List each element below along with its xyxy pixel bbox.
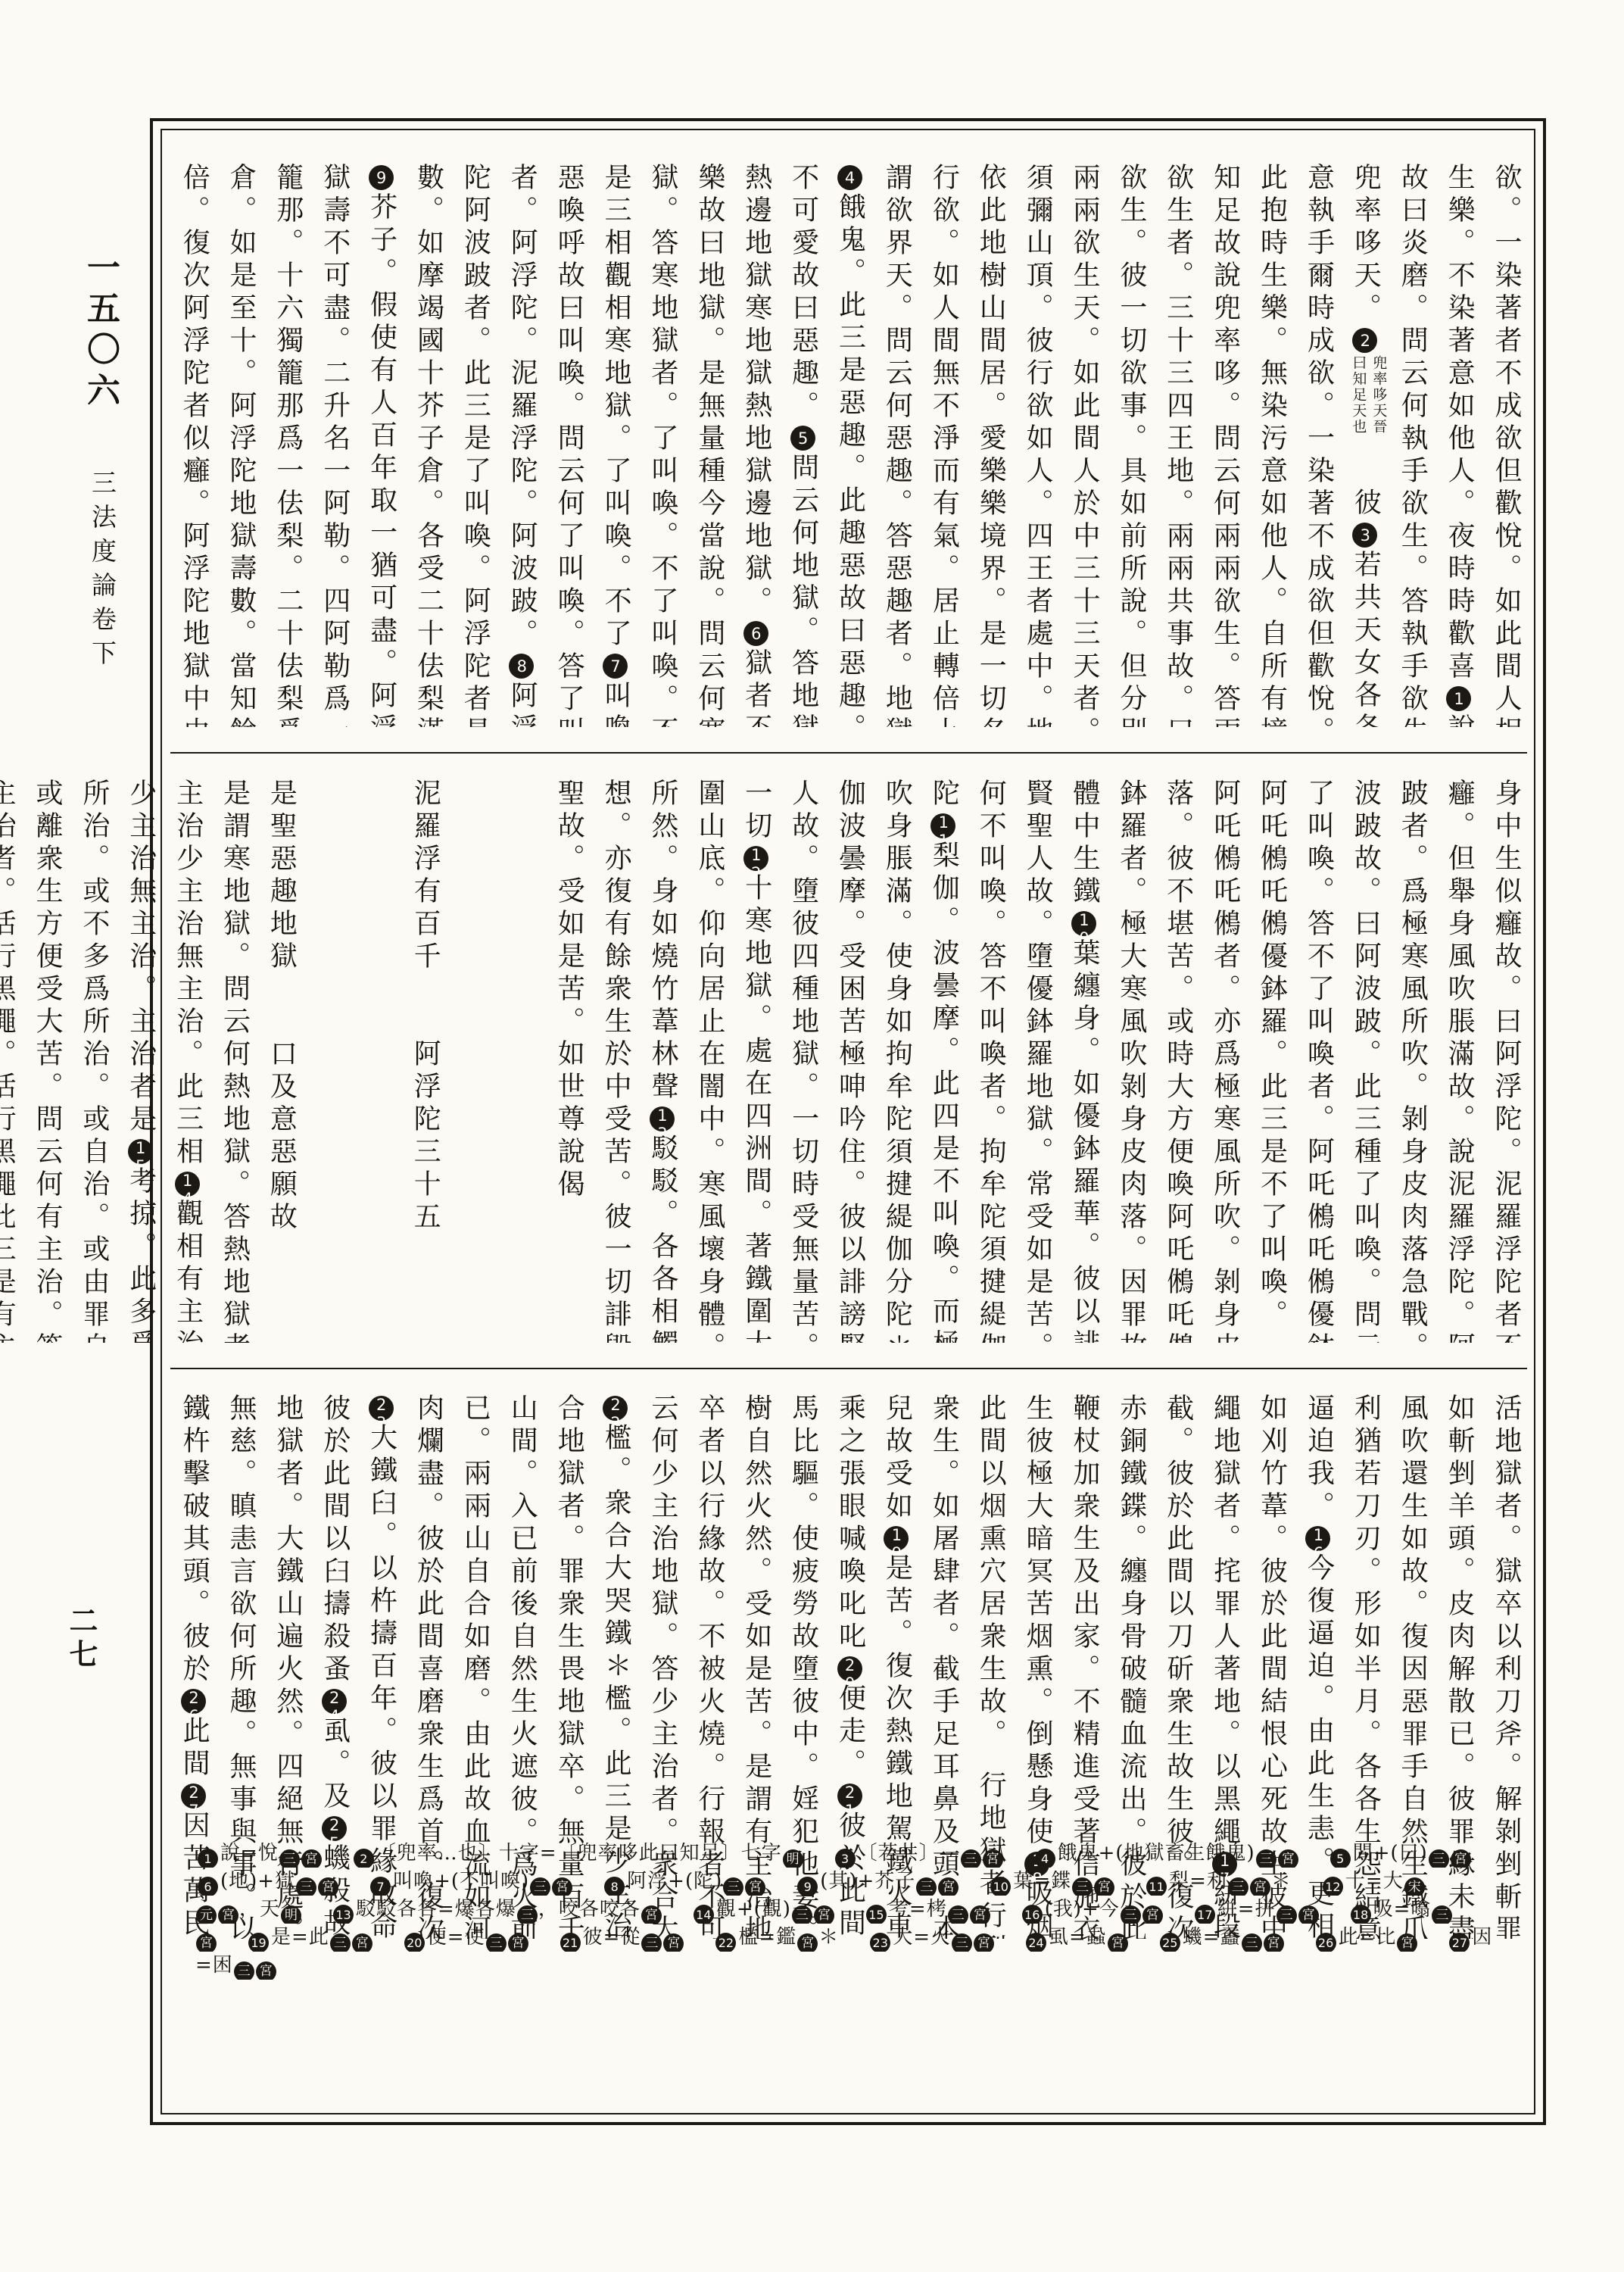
footnote-ref-number: 13	[333, 1905, 354, 1924]
text-column: 倍。復次阿浮陀者似癰。阿浮陀地獄中由寒	[170, 163, 217, 727]
footnote-ref-number: 3	[1352, 523, 1377, 548]
edition-siglum: 三	[916, 1877, 937, 1896]
text-column: 依此地樹山間居。愛樂樂境界。是一切名天	[967, 163, 1014, 727]
text-column: 波跛故。曰阿波跛。此三種了叫喚。問云何不	[1342, 779, 1389, 1343]
footnote-text: 便=使	[427, 1926, 485, 1949]
footnote-ref-number: 16	[1305, 1526, 1330, 1551]
edition-siglum: 三	[1256, 1849, 1276, 1868]
edition-siglum: 宮	[318, 1877, 338, 1896]
text-column: 兜率哆天。2兜率哆天晉曰知足天也彼3若共天女各各染污	[1342, 163, 1389, 727]
edition-siglum: 宮	[552, 1877, 572, 1896]
footnote-ref-number: 5	[790, 426, 815, 451]
text-column: 意執手爾時成欲。一染著不成欲但歡悅。如	[1295, 163, 1342, 727]
edition-siglum: 三	[1072, 1877, 1093, 1896]
footnote-ref-number: 6	[743, 621, 768, 646]
text-column: 主治少主治無主治。此三相14觀相有主治	[164, 779, 211, 1343]
text-column: 了叫喚。答不了叫喚者。阿吒鵂吒鵂優鉢羅	[1295, 779, 1342, 1343]
text-column: 獄壽不可盡。二升名一阿勒。四阿勒爲一獨	[311, 163, 358, 727]
footnote-text: ＊	[1271, 1870, 1292, 1893]
edition-siglum: 三	[234, 1961, 254, 1980]
footnote-text: 虱=蝨	[1049, 1926, 1107, 1949]
footnote-ref-number: 14	[694, 1905, 714, 1924]
edition-siglum: 宮	[218, 1905, 238, 1924]
footnote-text: 考=栲	[889, 1898, 947, 1921]
interlinear-gloss-column: 兜率哆天晉	[1368, 355, 1389, 488]
scanned-sutra-page: 一五〇六 三法度論卷下 二七 欲。一染著者不成欲但歡悅。如此間人相抱生樂。不染著…	[0, 0, 1624, 2272]
footnote-text: 說=悅	[220, 1842, 279, 1865]
footnote-text: ，天	[239, 1898, 280, 1921]
apparatus-footnotes: 1說=悅三宮2〔兜率…也〕十字=〔兜率哆此曰知足〕七字明3〔若共〕—三宮4餓鬼+…	[195, 1840, 1513, 1980]
footnote-ref-number: 13	[650, 1106, 675, 1131]
edition-siglum: 三	[1228, 1877, 1248, 1896]
edition-siglum: 三	[486, 1933, 507, 1952]
text-column: 何不叫喚。答不叫喚者。拘牟陀須揵緹伽分	[967, 779, 1014, 1343]
edition-siglum: 宮	[983, 1849, 1003, 1868]
footnote-ref-number: 25	[322, 1816, 347, 1841]
text-column: 知足故說兜率哆。問云何兩兩欲生。答兩兩	[1202, 163, 1248, 727]
text-column: 生樂。不染著意如他人。夜時時歡喜1說樂	[1435, 163, 1482, 727]
text-column: 一切12十寒地獄。處在四洲間。著鐵圍大鐵	[733, 779, 780, 1343]
text-column: 數。如摩竭國十芥子倉。各受二十佉梨滿中	[405, 163, 452, 727]
footnote-ref-number: 20	[837, 1656, 862, 1681]
interlinear-gloss-column: 曰知足天也	[1348, 355, 1368, 488]
footnote-line: 元宮，天明13駁駁各各=爆各爆三，咬各咬各宮14觀+(觀)三宮15考=栲三宮16…	[195, 1896, 1513, 1924]
footnote-ref-number: 11	[930, 813, 955, 838]
edition-siglum: 三	[952, 1933, 972, 1952]
footnote-ref-number: 8	[509, 654, 534, 679]
edition-siglum: 宮	[938, 1877, 959, 1896]
text-column: 不可愛故曰惡趣。5問云何地獄。答地獄者。寒	[780, 163, 827, 727]
edition-siglum: 三	[1276, 1905, 1297, 1924]
edition-siglum: 三	[1242, 1933, 1262, 1952]
register-divider-1	[170, 752, 1527, 754]
text-column: 陀11梨伽。波曇摩。此四是不叫喚。而極寒風	[920, 779, 967, 1343]
edition-siglum: 宮	[352, 1933, 372, 1952]
edition-siglum: 三	[530, 1877, 550, 1896]
text-column: 此抱時生樂。無染污意如他人。自所有境界	[1248, 163, 1295, 727]
interlinear-gloss: 兜率哆天晉曰知足天也	[1345, 355, 1389, 488]
footnote-ref-number: 5	[1330, 1849, 1351, 1868]
text-column: 跛者。爲極寒風所吹。剝身皮肉落急戰。喚阿	[1389, 779, 1435, 1343]
text-column: 欲。一染著者不成欲但歡悅。如此間人相抱	[1482, 163, 1529, 727]
text-column: 籠那。十六獨籠那爲一佉梨。二十佉梨爲一	[264, 163, 311, 727]
footnote-text: 葉=鍱	[1013, 1870, 1071, 1893]
footnote-text: 駁駁各各=爆各爆	[356, 1898, 516, 1921]
footnote-ref-number: 25	[1160, 1933, 1180, 1952]
footnote-text: 吸=噏	[1373, 1898, 1432, 1921]
text-column: 欲生。彼一切欲事。具如前所說。但分別故說	[1108, 163, 1155, 727]
footnote-text: 〔若共〕—	[858, 1842, 960, 1865]
footnote-ref-number: 23	[369, 1396, 394, 1421]
text-column: 少主治無主治。主治者是15考掠。此多爲衆生	[117, 779, 164, 1343]
text-column: 或離衆生方便受大苦。問云何有主治。答有	[23, 779, 70, 1343]
edition-siglum: 三	[279, 1849, 300, 1868]
footnote-ref-number: 10	[990, 1877, 1011, 1896]
edition-siglum: 明	[281, 1905, 301, 1924]
text-column: 賢聖人故。墮優鉢羅地獄。常受如是苦。問云	[1014, 779, 1061, 1343]
footnote-ref-number: 14	[175, 1172, 200, 1197]
text-column: 癰。但舉身風吹脹滿故。說泥羅浮陀。阿波	[1435, 779, 1482, 1343]
footnote-text: 絣=拼	[1217, 1898, 1276, 1921]
footnote-ref-number: 9	[797, 1877, 818, 1896]
edition-siglum: 宮	[508, 1933, 528, 1952]
footnote-ref-number: 10	[1071, 911, 1096, 936]
footnote-text: 〔兜率…也〕十字=〔兜率哆此曰知足〕七字	[376, 1842, 782, 1865]
footnote-ref-number: 4	[837, 165, 862, 190]
edition-siglum: 三	[723, 1877, 743, 1896]
edition-siglum: 三	[517, 1905, 538, 1924]
footnote-ref-number: 15	[866, 1905, 887, 1924]
register-top: 欲。一染著者不成欲但歡悅。如此間人相抱生樂。不染著意如他人。夜時時歡喜1說樂故曰…	[170, 163, 1529, 727]
footnote-ref-number: 26	[1316, 1933, 1336, 1952]
text-column: 4餓鬼。此三是惡趣。此趣惡故曰惡趣。惡者	[827, 163, 874, 727]
text-column: 陀阿波跛者。此三是了叫喚。阿浮陀者是說	[452, 163, 499, 727]
footnote-ref-number: 22	[603, 1396, 628, 1421]
footnote-ref-number: 11	[1146, 1877, 1167, 1896]
edition-siglum: 宮	[1250, 1877, 1270, 1896]
edition-siglum: 宋	[1404, 1877, 1425, 1896]
edition-siglum: 宮	[1108, 1933, 1128, 1952]
edition-siglum: 宮	[1397, 1933, 1417, 1952]
text-column: 兩兩欲生天。如此間人於中三十三天者。在	[1061, 163, 1108, 727]
text-column: 9芥子。假使有人百年取一猶可盡。阿浮陀地	[358, 163, 405, 727]
footnote-ref-number: 7	[370, 1877, 391, 1896]
footnote-ref-number: 12	[743, 846, 768, 871]
footnote-ref-number: 18	[1351, 1905, 1371, 1924]
footnote-text: 餓鬼+(地獄畜生餓鬼)	[1058, 1842, 1255, 1865]
edition-siglum: 宮	[641, 1905, 662, 1924]
footnote-ref-number: 27	[181, 1784, 206, 1809]
footnote-ref-number: 12	[1323, 1877, 1343, 1896]
edition-siglum: 明	[783, 1849, 803, 1868]
footnote-text: 問+(曰)	[1353, 1842, 1428, 1865]
text-column: 是三相觀相寒地獄。了叫喚。不了7叫喚。極	[592, 163, 639, 727]
edition-siglum: 宮	[196, 1933, 217, 1952]
edition-siglum: 宮	[970, 1905, 990, 1924]
footnote-ref-number: 3	[835, 1849, 856, 1868]
edition-siglum: 三	[1429, 1849, 1449, 1868]
text-column: 故曰炎磨。問云何執手欲生。答執手欲生者。	[1389, 163, 1435, 727]
footnote-text: ＊	[818, 1926, 839, 1949]
text-column: 鉢羅者。極大寒風吹剝身皮肉落。因罪故自	[1108, 779, 1155, 1343]
footnote-text: 是=此	[271, 1926, 329, 1949]
edition-siglum: 元	[196, 1905, 217, 1924]
verse-column: 泥羅浮有百千 阿浮陀三十五	[401, 779, 545, 1343]
footnote-text: (我)+今	[1045, 1898, 1120, 1921]
edition-siglum: 宮	[814, 1905, 834, 1924]
footnote-ref-number: 17	[1195, 1905, 1215, 1924]
text-column: 阿吒鵂吒鵂優鉢羅。此三是不了叫喚。	[1248, 779, 1295, 1343]
edition-siglum: 三	[641, 1933, 662, 1952]
register-divider-2	[170, 1368, 1527, 1369]
footnote-ref-number: 8	[604, 1877, 625, 1896]
footnote-ref-number: 2	[1352, 328, 1377, 353]
footnote-ref-number: 24	[1026, 1933, 1046, 1952]
edition-siglum: 宮	[663, 1933, 684, 1952]
margin-folio-number: 二七	[61, 1606, 102, 1672]
footnote-text: 阿浮+(陀)	[627, 1870, 722, 1893]
text-column: 人故。墮彼四種地獄。一切時受無量苦。是	[780, 779, 827, 1343]
edition-siglum: 三	[296, 1877, 316, 1896]
footnote-line: 宮19是=此三宮20便=使三宮21彼=從三宮22檻=鑑宮＊23大=火三宮24虱=…	[195, 1924, 1513, 1952]
footnote-line: =困三宮	[195, 1952, 1513, 1980]
footnote-ref-number: 19	[884, 1526, 909, 1551]
footnote-text: 十=大	[1345, 1870, 1404, 1893]
footnote-ref-number: 24	[322, 1689, 347, 1714]
footnote-text: =困	[195, 1954, 233, 1977]
footnote-ref-number: 21	[837, 1784, 862, 1809]
footnote-ref-number: 6	[198, 1877, 218, 1896]
text-column: 伽波曇摩。受困苦極呻吟住。彼以誹謗賢聖	[827, 779, 874, 1343]
text-column: 惡喚呼故曰叫喚。問云何了叫喚。答了叫喚	[545, 163, 592, 727]
text-column: 所治。或不多爲所治。或自治。或由罪自生。	[70, 779, 117, 1343]
text-column: 主治者。活行黑繩。活行黑繩此三是有主治。	[0, 779, 23, 1343]
text-column: 熱邊地獄寒地獄熱地獄邊地獄。6獄者不可	[733, 163, 780, 727]
footnote-text: (地)+獄	[220, 1870, 295, 1893]
edition-siglum: 宮	[256, 1961, 276, 1980]
text-column: 須彌山頂。彼行欲如人。四王者處中。地天者	[1014, 163, 1061, 727]
text-column: 欲生者。三十三四王地。兩兩共事故。曰兩兩	[1155, 163, 1202, 727]
edition-siglum: 宮	[1264, 1933, 1284, 1952]
text-column: 倉。如是至十。阿浮陀地獄壽數。當知餘各轉	[217, 163, 264, 727]
edition-siglum: 宮	[1094, 1877, 1114, 1896]
text-column: 謂欲界天。問云何惡趣。答惡趣者。地獄畜生	[874, 163, 921, 727]
text-column: 所然。身如燒竹葦林聲13駁駁。各各相觸生	[639, 779, 686, 1343]
text-column: 吹身脹滿。使身如拘牟陀須揵緹伽分陀＊梨	[874, 779, 921, 1343]
text-column: 想。亦復有餘衆生於中受苦。彼一切誹毀賢	[592, 779, 639, 1343]
edition-siglum: 三	[1432, 1905, 1452, 1924]
footnote-ref-number: 19	[248, 1933, 269, 1952]
footnote-text: 大=火	[893, 1926, 951, 1949]
footnote-line: 6(地)+獄三宮7叫喚+(不叫喚)三宮8阿浮+(陀)三宮9(其)+芥子三宮10葉…	[195, 1868, 1513, 1896]
edition-siglum: 宮	[1451, 1849, 1471, 1868]
edition-siglum: 三	[1121, 1905, 1141, 1924]
footnote-ref-number: 27	[1449, 1933, 1470, 1952]
edition-siglum: 宮	[797, 1933, 818, 1952]
footnote-ref-number: 21	[560, 1933, 581, 1952]
footnote-ref-number: 2	[354, 1849, 374, 1868]
footnote-ref-number: 20	[404, 1933, 425, 1952]
register-middle: 身中生似癰故。曰阿浮陀。泥羅浮陀者不似癰。但舉身風吹脹滿故。說泥羅浮陀。阿波跛者…	[170, 779, 1529, 1343]
text-column: 者。阿浮陀。泥羅浮陀。阿波跛。8阿浮泥羅浮	[498, 163, 545, 727]
edition-siglum: 宮	[301, 1849, 322, 1868]
text-column: 體中生鐵10葉纏身。如優鉢羅華。彼以誹謗	[1061, 779, 1108, 1343]
text-column: 獄。答寒地獄者。了叫喚。不了叫喚。不叫喚。	[639, 163, 686, 727]
footnote-ref-number: 16	[1022, 1905, 1043, 1924]
verse-column: 是聖惡趣地獄 口及意惡願故	[258, 779, 402, 1343]
text-column: 落。彼不堪苦。或時大方便喚阿吒鵂吒鵂優	[1155, 779, 1202, 1343]
footnote-ref-number: 9	[369, 165, 394, 190]
edition-siglum: 宮	[1278, 1849, 1298, 1868]
footnote-ref-number: 26	[181, 1689, 206, 1714]
edition-siglum: 宮	[974, 1933, 994, 1952]
text-column: 是謂寒地獄。問云何熱地獄。答熱地獄者。有	[211, 779, 258, 1343]
footnote-ref-number: 4	[1035, 1849, 1055, 1868]
edition-siglum: 三	[961, 1849, 981, 1868]
edition-siglum: 三	[792, 1905, 812, 1924]
text-column: 阿吒鵂吒鵂者。亦爲極寒風所吹。剝身皮肉	[1202, 779, 1248, 1343]
edition-siglum: 宮	[1142, 1905, 1163, 1924]
footnote-text: 彼=從	[583, 1926, 641, 1949]
footnote-text: 梨=利	[1169, 1870, 1227, 1893]
footnote-ref-number: 23	[870, 1933, 890, 1952]
edition-siglum: 宮	[745, 1877, 765, 1896]
text-column: 聖故。受如是苦。如世尊說偈	[545, 779, 592, 1343]
footnote-ref-number: 1	[198, 1849, 218, 1868]
footnote-ref-number: 1	[1446, 686, 1471, 711]
footnote-text: ，咬各咬各	[538, 1898, 641, 1921]
footnote-text: 叫喚+(不叫喚)	[393, 1870, 529, 1893]
footnote-text: 此=比	[1339, 1926, 1397, 1949]
footnote-text: 蟣=䘉	[1183, 1926, 1241, 1949]
footnote-line: 1說=悅三宮2〔兜率…也〕十字=〔兜率哆此曰知足〕七字明3〔若共〕—三宮4餓鬼+…	[195, 1840, 1513, 1868]
text-column: 樂故曰地獄。是無量種今當說。問云何寒地	[686, 163, 733, 727]
footnote-text: 觀+(觀)	[716, 1898, 791, 1921]
text-column: 行欲。如人間無不淨而有氣。居止轉倍上。是	[920, 163, 967, 727]
edition-siglum: 三	[948, 1905, 968, 1924]
text-column: 身中生似癰故。曰阿浮陀。泥羅浮陀者不似	[1482, 779, 1529, 1343]
margin-canon-number: 一五〇六	[76, 250, 124, 414]
footnote-text: 檻=鑑	[738, 1926, 796, 1949]
footnote-ref-number: 7	[603, 654, 628, 679]
footnote-ref-number: 15	[128, 1139, 153, 1164]
edition-siglum: 三	[330, 1933, 351, 1952]
edition-siglum: 宮	[1298, 1905, 1319, 1924]
footnote-ref-number: 22	[715, 1933, 736, 1952]
margin-volume-title: 三法度論卷下	[85, 470, 120, 674]
text-column: 圍山底。仰向居止在闇中。寒風壞身體。大火	[686, 779, 733, 1343]
footnote-text: 因	[1472, 1926, 1492, 1949]
footnote-text: (其)+芥子	[820, 1870, 915, 1893]
